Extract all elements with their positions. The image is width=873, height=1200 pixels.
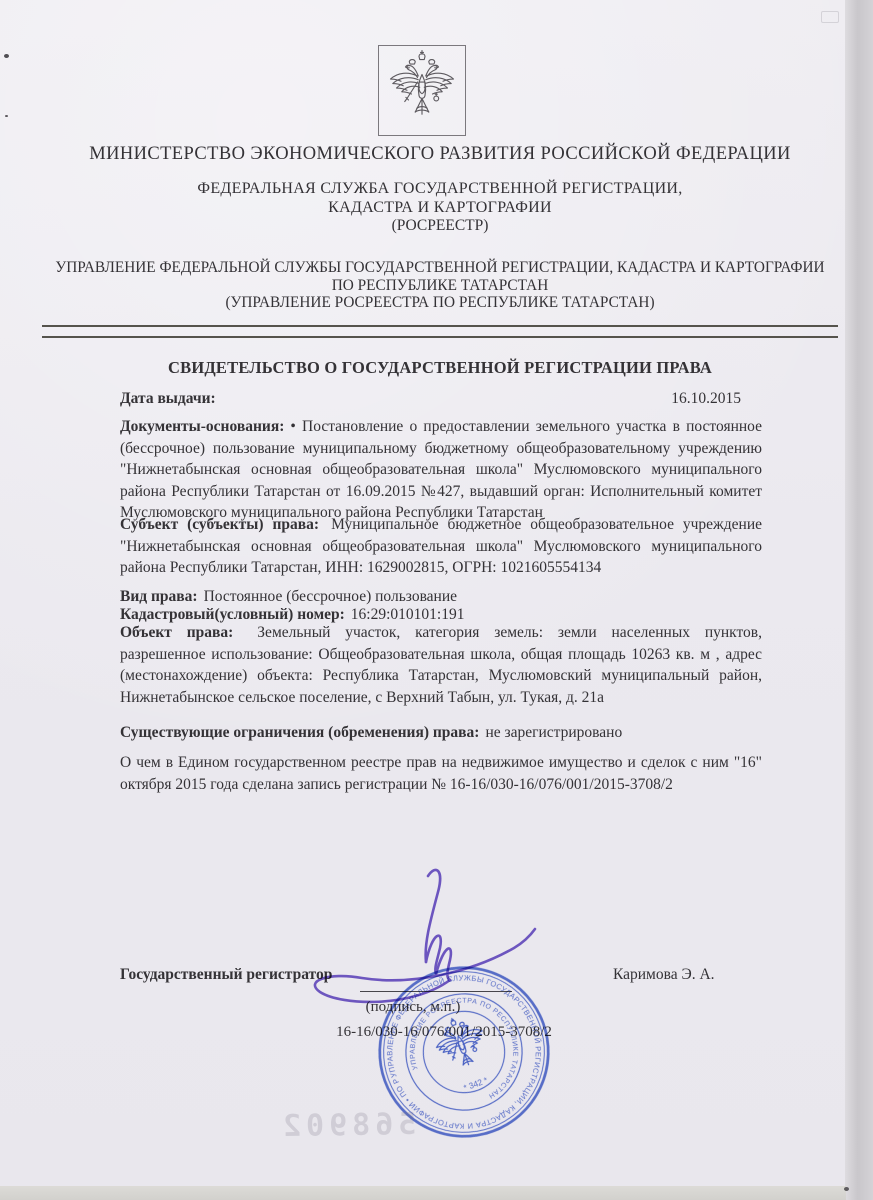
basis-label: Документы-основания:: [120, 418, 284, 435]
subject-paragraph: Субъект (субъекты) права:Муниципальное б…: [120, 514, 762, 579]
office-name-line1: УПРАВЛЕНИЕ ФЕДЕРАЛЬНОЙ СЛУЖБЫ ГОСУДАРСТВ…: [42, 259, 838, 277]
issue-date-row: Дата выдачи: 16.10.2015: [120, 388, 762, 410]
service-name-line1: ФЕДЕРАЛЬНАЯ СЛУЖБА ГОСУДАРСТВЕННОЙ РЕГИС…: [42, 180, 838, 198]
restrictions-value: не зарегистрировано: [485, 724, 622, 741]
registrar-label: Государственный регистратор: [120, 966, 332, 984]
right-type-value: Постоянное (бессрочное) пользование: [204, 588, 457, 605]
office-name-line2: ПО РЕСПУБЛИКЕ ТАТАРСТАН: [42, 277, 838, 295]
issue-date-value: 16.10.2015: [671, 388, 741, 410]
double-rule-divider: [42, 325, 838, 338]
restrictions-label: Существующие ограничения (обременения) п…: [120, 724, 479, 741]
issue-date-label: Дата выдачи:: [120, 388, 216, 410]
russia-eagle-emblem-icon: [383, 49, 461, 133]
scanner-edge-right: [845, 0, 873, 1200]
subject-label: Субъект (субъекты) права:: [120, 516, 319, 533]
stamp-center-number: * 342 *: [463, 1076, 490, 1093]
scan-smudge-mark: [821, 11, 839, 23]
scanned-certificate-page: МИНИСТЕРСТВО ЭКОНОМИЧЕСКОГО РАЗВИТИЯ РОС…: [0, 0, 873, 1200]
scanner-edge-bottom: [0, 1186, 846, 1200]
document-title: СВИДЕТЕЛЬСТВО О ГОСУДАРСТВЕННОЙ РЕГИСТРА…: [42, 358, 838, 378]
service-short-name: (РОСРЕЕСТР): [42, 217, 838, 235]
restrictions-row: Существующие ограничения (обременения) п…: [120, 722, 762, 744]
registrar-signature-ink: [302, 862, 542, 1007]
scan-specks: [4, 54, 9, 58]
right-type-label: Вид права:: [120, 588, 198, 605]
coat-of-arms-box: [378, 45, 466, 136]
object-paragraph: Объект права:Земельный участок, категори…: [120, 622, 762, 708]
registration-record-paragraph: О чем в Едином государственном реестре п…: [120, 752, 762, 795]
office-short-name: (УПРАВЛЕНИЕ РОСРЕЕСТРА ПО РЕСПУБЛИКЕ ТАТ…: [42, 294, 838, 312]
cadastral-value: 16:29:010101:191: [351, 606, 465, 623]
registrar-name: Каримова Э. А.: [613, 966, 715, 984]
basis-paragraph: Документы-основания:• Постановление о пр…: [120, 416, 762, 524]
service-name-line2: КАДАСТРА И КАРТОГРАФИИ: [42, 199, 838, 217]
bleedthrough-serial-number: 568902: [278, 1107, 417, 1144]
object-label: Объект права:: [120, 624, 233, 641]
ministry-name: МИНИСТЕРСТВО ЭКОНОМИЧЕСКОГО РАЗВИТИЯ РОС…: [42, 144, 838, 165]
cadastral-label: Кадастровый(условный) номер:: [120, 606, 345, 623]
